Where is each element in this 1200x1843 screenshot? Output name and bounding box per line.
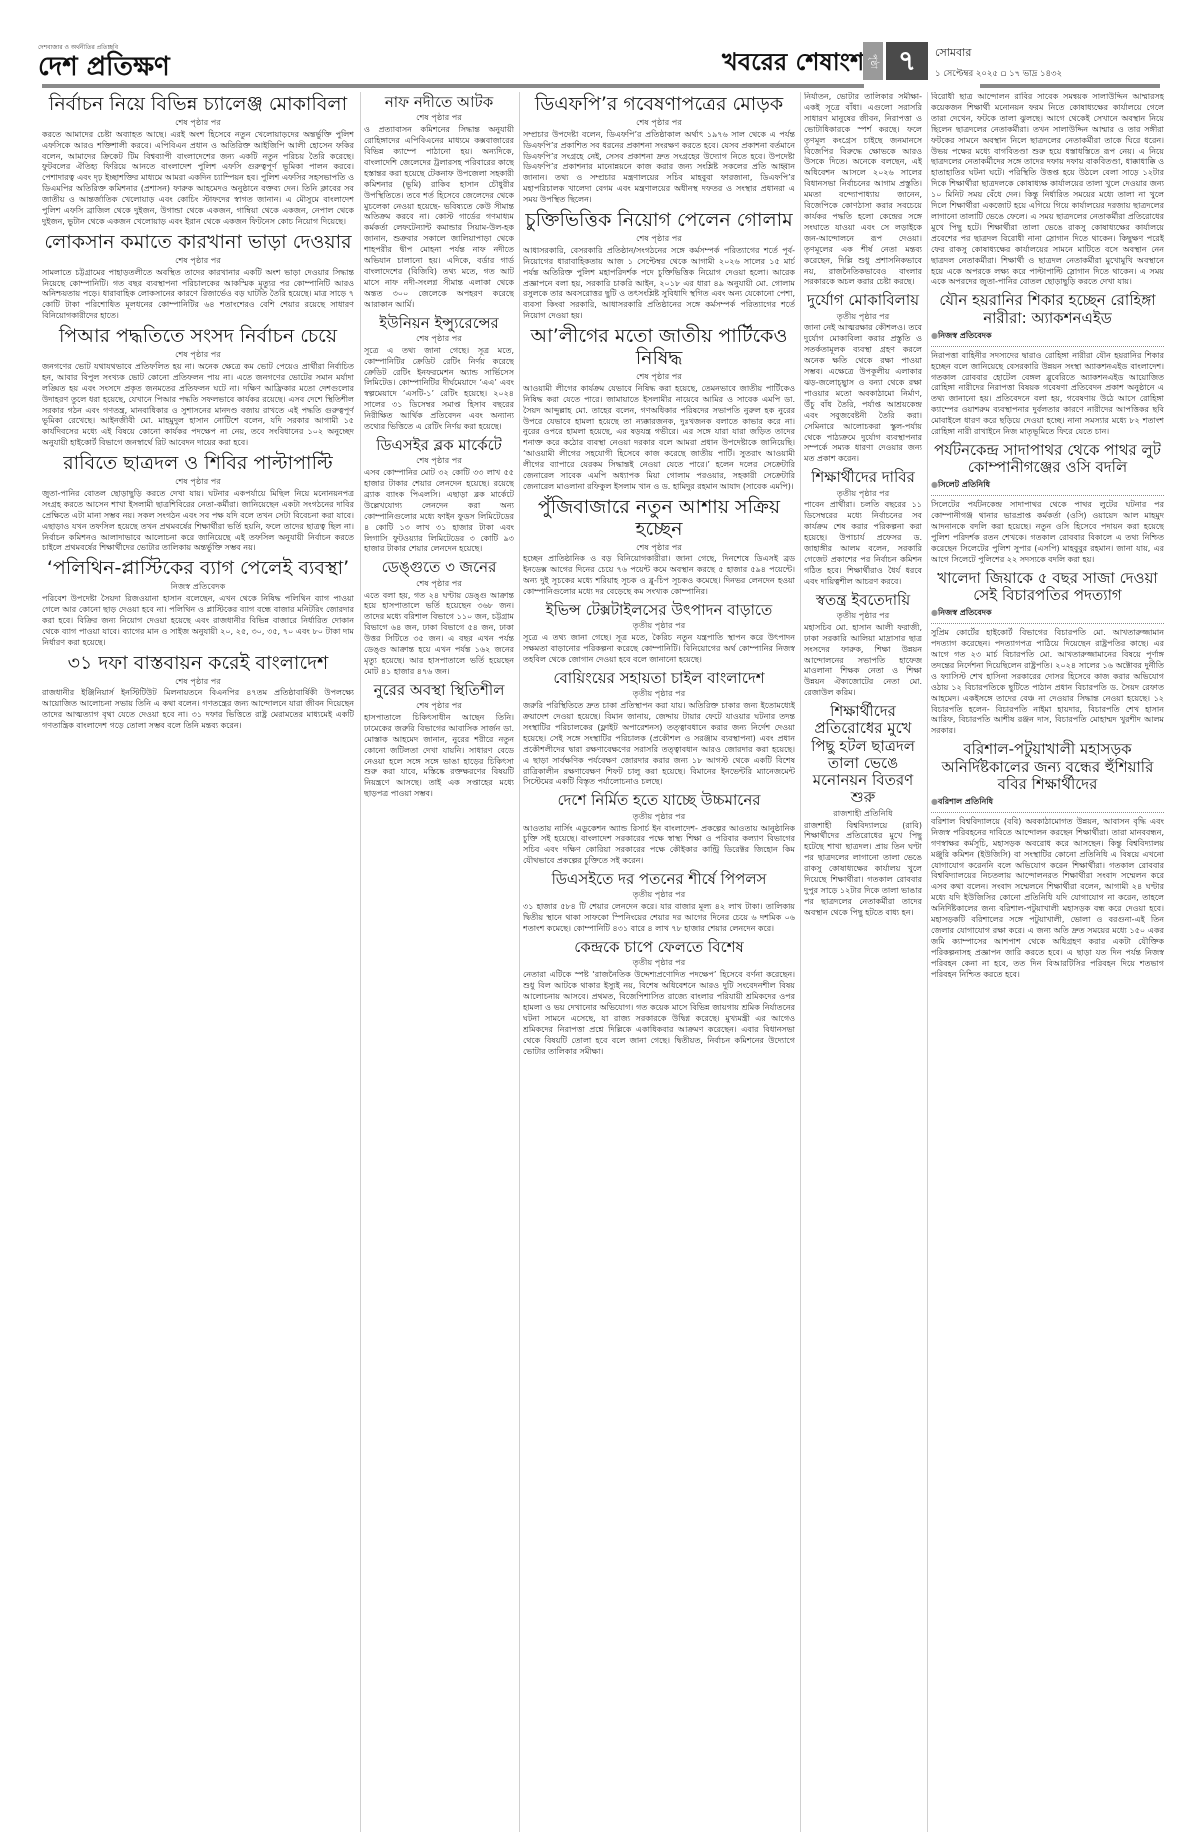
- article[interactable]: কেন্দ্রকে চাপে ফেলতে বিশেষতৃতীয় পৃষ্ঠার…: [523, 939, 795, 1057]
- article-continuation-note: তৃতীয় পৃষ্ঠার পর: [523, 688, 795, 699]
- article[interactable]: দুর্যোগ মোকাবিলায়তৃতীয় পৃষ্ঠার পরজানা …: [804, 292, 922, 465]
- article-body: সূত্রে এ তথ্য জানা গেছে। সূত্র মতে, কোম্…: [364, 346, 514, 433]
- article-headline[interactable]: ডিএসইতে দর পতনের শীর্ষে পিপলস: [523, 871, 795, 888]
- article[interactable]: ডিএসইর ব্লক মার্কেটেশেষ পৃষ্ঠার পরএসব কো…: [364, 437, 514, 555]
- article-body: করতে আমাদের চেষ্টা অব্যাহত আছে। এরই অংশ …: [42, 130, 354, 228]
- article-headline[interactable]: খালেদা জিয়াকে ৫ বছর সাজা দেওয়া সেই বিচ…: [931, 570, 1164, 605]
- article-body: ও প্রত্যাবাসন কমিশনের সিদ্ধান্ত অনুযায়ী…: [364, 125, 514, 310]
- article-headline[interactable]: স্বতন্ত্র ইবতেদায়ি: [804, 592, 922, 609]
- issue-full-date: ১ সেপ্টেম্বর ২০২৫ ▫ ১৭ ভাদ্র ১৪৩২: [935, 67, 1062, 81]
- article-body: এতে বলা হয়, গত ২৪ ঘণ্টায় ডেঙ্গু আক্রান…: [364, 591, 514, 678]
- column-divider: [519, 92, 520, 1832]
- article-headline[interactable]: বোয়িংয়ের সহায়তা চাইল বাংলাদেশ: [523, 670, 795, 687]
- newspaper-logo[interactable]: দেশবাজার ও অর্থনীতির প্রতিচ্ছবি দেশ প্রত…: [38, 42, 170, 81]
- article[interactable]: ডেঙ্গুতে ৩ জনেরশেষ পৃষ্ঠার পরএতে বলা হয়…: [364, 559, 514, 677]
- article-body: জনগণের ভোট যথাযথভাবে প্রতিফলিত হয় না। অ…: [42, 362, 354, 449]
- column-5: বিরোধী ছাত্র আন্দোলন রাবির সাবেক সমন্বয়…: [931, 92, 1164, 1837]
- article-body: হাসপাতালে চিকিৎসাধীন আছেন তিনি। ঢামেকের …: [364, 713, 514, 800]
- article-byline: নিজস্ব প্রতিবেদক: [931, 605, 1164, 624]
- article[interactable]: পিআর পদ্ধতিতে সংসদ নির্বাচন চেয়েশেষ পৃষ…: [42, 326, 354, 449]
- article[interactable]: স্বতন্ত্র ইবতেদায়িতৃতীয় পৃষ্ঠার পরমহাস…: [804, 592, 922, 700]
- page-number: ৭: [886, 42, 928, 80]
- article[interactable]: বিরোধী ছাত্র আন্দোলন রাবির সাবেক সমন্বয়…: [931, 92, 1164, 288]
- article-body: মহাসচিব মো. হাসান আলী ফরাজী, ঢাকা সরকারি…: [804, 623, 922, 699]
- article[interactable]: ইউনিয়ন ইন্স্যুরেন্সেরশেষ পৃষ্ঠার পরসূত্…: [364, 315, 514, 433]
- article-headline[interactable]: আ’লীগের মতো জাতীয় পার্টিকেও নিষিদ্ধ: [523, 326, 795, 370]
- article-headline[interactable]: দুর্যোগ মোকাবিলায়: [804, 292, 922, 309]
- article-body: বরিশাল বিশ্ববিদ্যালয়ে (ববি) অবকাঠামোগত …: [931, 817, 1164, 981]
- article-continuation-note: শেষ পৃষ্ঠার পর: [523, 542, 795, 553]
- article[interactable]: ইভিন্স টেক্সটাইলসের উৎপাদন বাড়াতেতৃতীয়…: [523, 602, 795, 666]
- article[interactable]: রাবিতে ছাত্রদল ও শিবির পাল্টাপাল্টিশেষ প…: [42, 453, 354, 554]
- article[interactable]: শিক্ষার্থীদের দাবিরতৃতীয় পৃষ্ঠার পরপাবে…: [804, 469, 922, 587]
- article-continuation-note: শেষ পৃষ্ঠার পর: [42, 476, 354, 487]
- article-headline[interactable]: ডিএফপি’র গবেষণাপত্রের মোড়ক: [523, 94, 795, 116]
- issue-date: সোমবার ১ সেপ্টেম্বর ২০২৫ ▫ ১৭ ভাদ্র ১৪৩২: [935, 44, 1062, 81]
- article-body: রাজধানীর ইঞ্জিনিয়ার্স ইনস্টিটিউট মিলনায…: [42, 688, 354, 732]
- section-title: খবরের শেষাংশ: [722, 44, 864, 84]
- article-body: আওয়ামী লীগের কার্যক্রম যেভাবে নিষিদ্ধ ক…: [523, 384, 795, 493]
- article-continuation-note: শেষ পৃষ্ঠার পর: [364, 333, 514, 344]
- article-byline: বরিশাল প্রতিনিধি: [931, 794, 1164, 813]
- article[interactable]: যৌন হয়রানির শিকার হচ্ছেন রোহিঙ্গা নারীর…: [931, 292, 1164, 438]
- article[interactable]: বরিশাল-পটুয়াখালী মহাসড়ক অনির্দিষ্টকালে…: [931, 741, 1164, 980]
- logo-name: দেশ প্রতিক্ষণ: [38, 53, 170, 81]
- article-headline[interactable]: পর্যটনকেন্দ্র সাদাপাথর থেকে পাথর লুট কোম…: [931, 442, 1164, 477]
- article-body: রাজশাহী বিশ্ববিদ্যালয়ে (রাবি) শিক্ষার্থ…: [804, 821, 922, 919]
- article[interactable]: খালেদা জিয়াকে ৫ বছর সাজা দেওয়া সেই বিচ…: [931, 570, 1164, 737]
- article[interactable]: ডিএসইতে দর পতনের শীর্ষে পিপলসতৃতীয় পৃষ্…: [523, 871, 795, 935]
- article-continuation-note: তৃতীয় পৃষ্ঠার পর: [804, 311, 922, 322]
- article-headline[interactable]: লোকসান কমাতে কারখানা ভাড়া দেওয়ার: [42, 232, 354, 254]
- article[interactable]: ‘পলিথিন-প্লাস্টিকের ব্যাগ পেলেই ব্যবস্থা…: [42, 558, 354, 648]
- article-headline[interactable]: ডিএসইর ব্লক মার্কেটে: [364, 437, 514, 454]
- article-headline[interactable]: পিআর পদ্ধতিতে সংসদ নির্বাচন চেয়ে: [42, 326, 354, 348]
- article-body: নিরাপত্তা বাহিনীর সদস্যদের দ্বারাও রোহিঙ…: [931, 351, 1164, 438]
- article[interactable]: আ’লীগের মতো জাতীয় পার্টিকেও নিষিদ্ধশেষ …: [523, 326, 795, 493]
- article-headline[interactable]: ৩১ দফা বাস্তবায়ন করেই বাংলাদেশ: [42, 653, 354, 675]
- article-body: সিলেটের পর্যটনকেন্দ্র সাদাপাথর থেকে পাথর…: [931, 500, 1164, 565]
- article-body: জানা নেই আত্মরক্ষার কৌশলও। তবে দুর্যোগ ম…: [804, 323, 922, 465]
- article-headline[interactable]: চুক্তিভিত্তিক নিয়োগ পেলেন গোলাম: [523, 210, 795, 232]
- issue-day: সোমবার: [935, 44, 1062, 63]
- article-body: নেতারা এটিকে স্পষ্ট ‘রাজনৈতিক উদ্দেশ্যপ্…: [523, 970, 795, 1057]
- article[interactable]: লোকসান কমাতে কারখানা ভাড়া দেওয়ারশেষ পৃ…: [42, 232, 354, 322]
- article-headline[interactable]: যৌন হয়রানির শিকার হচ্ছেন রোহিঙ্গা নারীর…: [931, 292, 1164, 327]
- column-divider: [800, 92, 801, 1832]
- article-continuation-note: শেষ পৃষ্ঠার পর: [364, 455, 514, 466]
- article-body: পরিবেশ উপদেষ্টা সৈয়দা রিজওয়ানা হাসান ব…: [42, 594, 354, 649]
- article-continuation-note: তৃতীয় পৃষ্ঠার পর: [804, 610, 922, 621]
- article-continuation-note: শেষ পৃষ্ঠার পর: [364, 700, 514, 711]
- masthead: দেশবাজার ও অর্থনীতির প্রতিচ্ছবি দেশ প্রত…: [0, 0, 1200, 80]
- article-continuation-note: শেষ পৃষ্ঠার পর: [364, 112, 514, 123]
- article[interactable]: ডিএফপি’র গবেষণাপত্রের মোড়কশেষ পৃষ্ঠার প…: [523, 94, 795, 206]
- page-label: পৃষ্ঠা: [863, 42, 883, 80]
- article[interactable]: নির্বাচন নিয়ে বিভিন্ন চ্যালেঞ্জ মোকাবিল…: [42, 94, 354, 228]
- article-continuation-note: তৃতীয় পৃষ্ঠার পর: [523, 811, 795, 822]
- article-continuation-note: শেষ পৃষ্ঠার পর: [523, 117, 795, 128]
- article[interactable]: পুঁজিবাজারে নতুন আশায় সক্রিয় হচ্ছেনশেষ…: [523, 497, 795, 598]
- article-headline[interactable]: ডেঙ্গুতে ৩ জনের: [364, 559, 514, 576]
- article-body: জরুরি পরিস্থিতিতে দ্রুত চাকা প্রতিস্থাপন…: [523, 701, 795, 788]
- article-byline: নিজস্ব প্রতিবেদক: [931, 328, 1164, 347]
- article-body: পাবেন প্রার্থীরা। চলতি বছরের ১১ ডিসেম্বর…: [804, 500, 922, 587]
- article-headline[interactable]: শিক্ষার্থীদের দাবির: [804, 469, 922, 486]
- article-body: ৩১ হাজার ৫৮৪ টি শেয়ার লেনদেন করে। যার ব…: [523, 902, 795, 935]
- article-continuation-note: শেষ পৃষ্ঠার পর: [42, 117, 354, 128]
- column-divider: [927, 92, 928, 1832]
- article[interactable]: নাফ নদীতে আটকশেষ পৃষ্ঠার পরও প্রত্যাবাসন…: [364, 94, 514, 311]
- article[interactable]: ৩১ দফা বাস্তবায়ন করেই বাংলাদেশশেষ পৃষ্ঠ…: [42, 653, 354, 732]
- article-continuation-note: শেষ পৃষ্ঠার পর: [364, 578, 514, 589]
- article-continuation-note: শেষ পৃষ্ঠার পর: [523, 371, 795, 382]
- article-continuation-note: নিজস্ব প্রতিবেদক: [42, 581, 354, 592]
- article-headline[interactable]: নুরের অবস্থা স্থিতিশীল: [364, 682, 514, 699]
- article-body: সুপ্রিম কোর্টের হাইকোর্ট বিভাগের বিচারপত…: [931, 628, 1164, 737]
- article-body: সম্প্রচার উপদেষ্টা বলেন, ডিএফপি’র প্রতিষ…: [523, 130, 795, 206]
- article[interactable]: চুক্তিভিত্তিক নিয়োগ পেলেন গোলামশেষ পৃষ্…: [523, 210, 795, 322]
- column-1: নির্বাচন নিয়ে বিভিন্ন চ্যালেঞ্জ মোকাবিল…: [42, 92, 354, 1837]
- article-continuation-note: তৃতীয় পৃষ্ঠার পর: [523, 620, 795, 631]
- article-continuation-note: শেষ পৃষ্ঠার পর: [42, 349, 354, 360]
- article-headline[interactable]: শিক্ষার্থীদের প্রতিরোধের মুখে পিছু হটল ছ…: [804, 703, 922, 807]
- article-byline: সিলেট প্রতিনিধি: [931, 477, 1164, 496]
- article-body: সামলাতে চট্টগ্রামের পাহাড়তলীতে অবস্থিত …: [42, 268, 354, 323]
- header-rule-left: [42, 84, 864, 88]
- article-continuation-note: তৃতীয় পৃষ্ঠার পর: [523, 889, 795, 900]
- article-continuation-note: তৃতীয় পৃষ্ঠার পর: [523, 957, 795, 968]
- article[interactable]: পর্যটনকেন্দ্র সাদাপাথর থেকে পাথর লুট কোম…: [931, 442, 1164, 566]
- article-continuation-note: শেষ পৃষ্ঠার পর: [42, 676, 354, 687]
- column-4: নির্যাতন, ভোটার তালিকার সমীক্ষা- একই সূত…: [804, 92, 922, 1837]
- article[interactable]: দেশে নির্মিত হতে যাচ্ছে উচ্চমানেরতৃতীয় …: [523, 792, 795, 867]
- column-2: নাফ নদীতে আটকশেষ পৃষ্ঠার পরও প্রত্যাবাসন…: [364, 92, 514, 1837]
- article-body: এসব কোম্পানির মোট ৩২ কোটি ৩৩ লাখ ৫৫ হাজা…: [364, 468, 514, 555]
- article-body: নির্যাতন, ভোটার তালিকার সমীক্ষা- একই সূত…: [804, 92, 922, 288]
- article-headline[interactable]: পুঁজিবাজারে নতুন আশায় সক্রিয় হচ্ছেন: [523, 497, 795, 541]
- article[interactable]: শিক্ষার্থীদের প্রতিরোধের মুখে পিছু হটল ছ…: [804, 703, 922, 919]
- article-body: হচ্ছেন প্রাতিষ্ঠানিক ও বড় বিনিয়োগকারীর…: [523, 554, 795, 598]
- article[interactable]: নির্যাতন, ভোটার তালিকার সমীক্ষা- একই সূত…: [804, 92, 922, 288]
- article-headline[interactable]: ‘পলিথিন-প্লাস্টিকের ব্যাগ পেলেই ব্যবস্থা…: [42, 558, 354, 580]
- article-headline[interactable]: নির্বাচন নিয়ে বিভিন্ন চ্যালেঞ্জ মোকাবিল…: [42, 94, 354, 116]
- article-continuation-note: রাজশাহী প্রতিনিধি: [804, 808, 922, 819]
- article[interactable]: বোয়িংয়ের সহায়তা চাইল বাংলাদেশতৃতীয় প…: [523, 670, 795, 788]
- article-body: আওতায় নার্সিং এডুকেশন অ্যান্ড রিসার্চ ই…: [523, 824, 795, 868]
- article-body: বিরোধী ছাত্র আন্দোলন রাবির সাবেক সমন্বয়…: [931, 92, 1164, 288]
- article-continuation-note: শেষ পৃষ্ঠার পর: [42, 255, 354, 266]
- column-3: ডিএফপি’র গবেষণাপত্রের মোড়কশেষ পৃষ্ঠার প…: [523, 92, 795, 1837]
- article-headline[interactable]: কেন্দ্রকে চাপে ফেলতে বিশেষ: [523, 939, 795, 956]
- article-body: সূত্রে এ তথ্য জানা গেছে। সূত্র মতে, কৈরি…: [523, 633, 795, 666]
- article-headline[interactable]: রাবিতে ছাত্রদল ও শিবির পাল্টাপাল্টি: [42, 453, 354, 475]
- header-rule-right: [980, 84, 1160, 88]
- article-headline[interactable]: ইভিন্স টেক্সটাইলসের উৎপাদন বাড়াতে: [523, 602, 795, 619]
- article-headline[interactable]: দেশে নির্মিত হতে যাচ্ছে উচ্চমানের: [523, 792, 795, 809]
- article-headline[interactable]: ইউনিয়ন ইন্স্যুরেন্সের: [364, 315, 514, 332]
- article-body: জুতা-পানির বোতল ছোড়াছুড়ি করতে দেখা যায…: [42, 489, 354, 554]
- article-body: আধাসরকারি, বেসরকারি প্রতিষ্ঠান/সংগঠনের স…: [523, 246, 795, 322]
- article-headline[interactable]: নাফ নদীতে আটক: [364, 94, 514, 111]
- column-divider: [360, 92, 361, 1832]
- article-continuation-note: শেষ পৃষ্ঠার পর: [523, 233, 795, 244]
- article[interactable]: নুরের অবস্থা স্থিতিশীলশেষ পৃষ্ঠার পরহাসপ…: [364, 682, 514, 800]
- article-continuation-note: তৃতীয় পৃষ্ঠার পর: [804, 488, 922, 499]
- article-headline[interactable]: বরিশাল-পটুয়াখালী মহাসড়ক অনির্দিষ্টকালে…: [931, 741, 1164, 793]
